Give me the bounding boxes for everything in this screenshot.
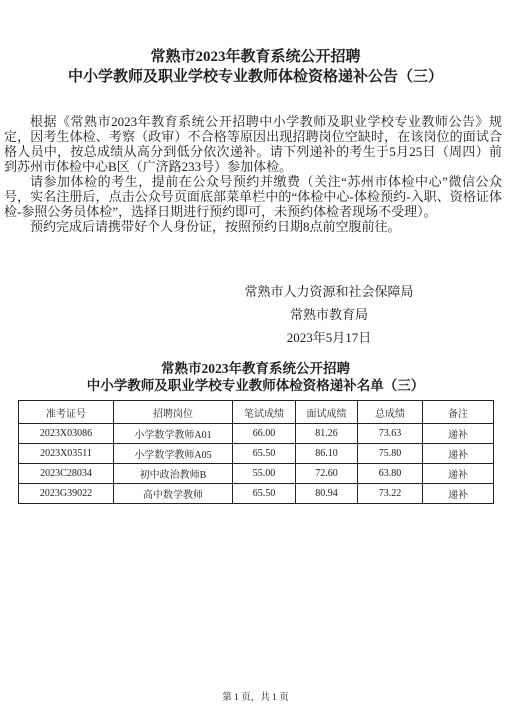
signature-date: 2023年5月17日 xyxy=(229,326,429,349)
supplement-roster-table: 准考证号 招聘岗位 笔试成绩 面试成绩 总成绩 备注 2023X03086 小学… xyxy=(18,400,494,504)
cell-remark: 递补 xyxy=(423,424,494,444)
table-header-row: 准考证号 招聘岗位 笔试成绩 面试成绩 总成绩 备注 xyxy=(19,401,494,424)
col-header-remark: 备注 xyxy=(423,401,494,424)
announcement-title-line-2: 中小学教师及职业学校专业教师体检资格递补公告（三） xyxy=(0,67,511,87)
cell-interview-score: 80.94 xyxy=(296,484,358,504)
cell-position: 初中政治教师B xyxy=(114,464,233,484)
cell-remark: 递补 xyxy=(423,444,494,464)
cell-written-score: 65.50 xyxy=(233,444,296,464)
cell-exam-number: 2023X03511 xyxy=(19,444,114,464)
col-header-position: 招聘岗位 xyxy=(114,401,233,424)
cell-position: 小学数学教师A01 xyxy=(114,424,233,444)
cell-remark: 递补 xyxy=(423,464,494,484)
cell-written-score: 65.50 xyxy=(233,484,296,504)
document-page: 常熟市2023年教育系统公开招聘 中小学教师及职业学校专业教师体检资格递补公告（… xyxy=(0,0,511,723)
roster-title: 常熟市2023年教育系统公开招聘 中小学教师及职业学校专业教师体检资格递补名单（… xyxy=(0,360,511,394)
cell-written-score: 66.00 xyxy=(233,424,296,444)
cell-total-score: 75.80 xyxy=(358,444,423,464)
cell-remark: 递补 xyxy=(423,484,494,504)
cell-written-score: 55.00 xyxy=(233,464,296,484)
roster-title-line-1: 常熟市2023年教育系统公开招聘 xyxy=(0,360,511,377)
col-header-interview-score: 面试成绩 xyxy=(296,401,358,424)
signature-block: 常熟市人力资源和社会保障局 常熟市教育局 2023年5月17日 xyxy=(229,280,429,349)
col-header-exam-number: 准考证号 xyxy=(19,401,114,424)
cell-position: 高中数学教师 xyxy=(114,484,233,504)
announcement-body: 根据《常熟市2023年教育系统公开招聘中小学教师及职业学校专业教师公告》规定，因… xyxy=(4,114,502,234)
roster-title-line-2: 中小学教师及职业学校专业教师体检资格递补名单（三） xyxy=(0,377,511,394)
col-header-total-score: 总成绩 xyxy=(358,401,423,424)
cell-position: 小学数学教师A05 xyxy=(114,444,233,464)
table-row: 2023X03511 小学数学教师A05 65.50 86.10 75.80 递… xyxy=(19,444,494,464)
cell-interview-score: 81.26 xyxy=(296,424,358,444)
body-paragraph-2: 请参加体检的考生，提前在公众号预约并缴费（关注“苏州市体检中心”微信公众号，实名… xyxy=(4,174,502,219)
cell-exam-number: 2023X03086 xyxy=(19,424,114,444)
signature-org-2: 常熟市教育局 xyxy=(229,303,429,326)
cell-exam-number: 2023C28034 xyxy=(19,464,114,484)
table-row: 2023G39022 高中数学教师 65.50 80.94 73.22 递补 xyxy=(19,484,494,504)
cell-total-score: 73.63 xyxy=(358,424,423,444)
cell-exam-number: 2023G39022 xyxy=(19,484,114,504)
announcement-title-line-1: 常熟市2023年教育系统公开招聘 xyxy=(0,47,511,67)
body-paragraph-3: 预约完成后请携带好个人身份证，按照预约日期8点前空腹前往。 xyxy=(4,219,502,234)
table-row: 2023C28034 初中政治教师B 55.00 72.60 63.80 递补 xyxy=(19,464,494,484)
cell-interview-score: 72.60 xyxy=(296,464,358,484)
cell-total-score: 73.22 xyxy=(358,484,423,504)
page-number: 第 1 页，共 1 页 xyxy=(0,689,511,703)
table-row: 2023X03086 小学数学教师A01 66.00 81.26 73.63 递… xyxy=(19,424,494,444)
body-paragraph-1: 根据《常熟市2023年教育系统公开招聘中小学教师及职业学校专业教师公告》规定，因… xyxy=(4,114,502,174)
announcement-title: 常熟市2023年教育系统公开招聘 中小学教师及职业学校专业教师体检资格递补公告（… xyxy=(0,0,511,87)
cell-total-score: 63.80 xyxy=(358,464,423,484)
signature-org-1: 常熟市人力资源和社会保障局 xyxy=(229,280,429,303)
cell-interview-score: 86.10 xyxy=(296,444,358,464)
col-header-written-score: 笔试成绩 xyxy=(233,401,296,424)
